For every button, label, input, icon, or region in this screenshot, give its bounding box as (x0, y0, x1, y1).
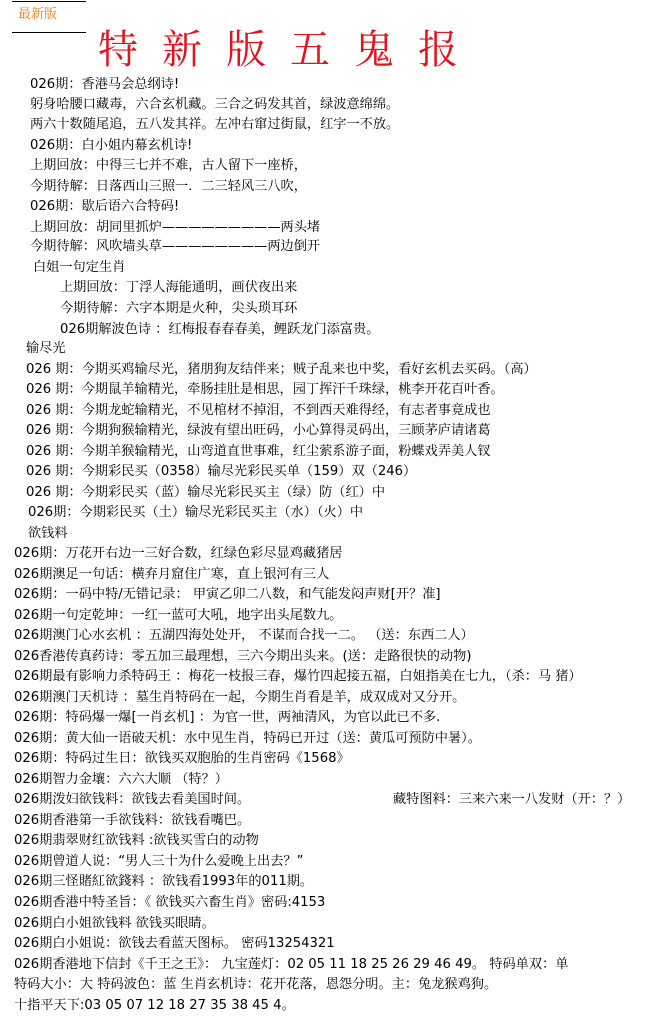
text-line: 输尽光 (26, 340, 66, 358)
text-line: 026期：歇后语六合特码! (30, 198, 179, 216)
text-line: 白姐一句定生肖 (33, 259, 125, 277)
text-line: 026期：特码爆一爆[一肖玄机] ：为官一世，两袖清风，为官以此已不多. (14, 709, 440, 727)
text-line: 026期香港地下信封《千王之王》： 九宝莲灯：02 05 11 18 25 26… (14, 956, 568, 974)
text-line: 026期曾道人说：“男人三十为什么爱晚上出去？” (14, 853, 303, 871)
text-line: 026期：黄大仙一语破天机：水中见生肖，特码已开过（送：黄瓜可预防中暑）。 (14, 730, 481, 748)
text-line: 026 期：今期鼠羊输精光，牵肠挂肚是相思，园丁挥汗千珠绿，桃李开花百叶香。 (26, 381, 504, 399)
text-line: 026期：香港马会总纲诗! (30, 76, 179, 94)
text-line: 上期回放：中得三七并不难，古人留下一座桥， (30, 157, 307, 175)
text-line: 026期翡翠财红欲钱料 :欲钱买雪白的动物 (14, 832, 259, 850)
text-line: 上期回放：胡同里抓炉—————————两头堵 (30, 219, 320, 237)
text-line: 十指平天下:03 05 07 12 18 27 35 38 45 4。 (14, 997, 295, 1015)
text-line: 今期待解：日落西山三照一．二三轻风三八吹， (30, 178, 307, 196)
text-line: 026期最有影响力杀特码王 ：梅花一枝报三春，爆竹四起接五福，白姐指美在七九，（… (14, 668, 582, 686)
header-rule-bottom (12, 32, 86, 33)
text-line: 026期泼妇欲钱料：欲钱去看美国时间。 (14, 791, 250, 809)
text-line: 026期智力金壤：六六大顺 （特？） (14, 771, 228, 789)
text-line: 026期：万花开右边一三好合数，红绿色彩尽显鸡藏猪居 (14, 545, 342, 563)
text-line: 026 期：今期彩民买（蓝）输尽光彩民买主（绿）防（红）中 (26, 484, 385, 502)
page-title: 特新版五鬼报 (98, 24, 482, 76)
text-line: 026期：特码过生日：欲钱买双胞胎的生肖密码《1568》 (14, 750, 350, 768)
text-line: 026期澳足一句话：横弃月窟住广寒，直上银河有三人 (14, 566, 329, 584)
text-line: 026 期：今期买鸡输尽光，猪朋狗友结伴来；贼子乱来也中奖，看好玄机去买码。（高… (26, 361, 537, 379)
text-line: 026期澳门心水玄机 ：五湖四海处处开， 不谋而合找一二。 （送：东西二人） (14, 627, 474, 645)
text-line: 026期解波色诗 ：红梅报春春春美，鲤跃龙门添富贵。 (60, 321, 380, 339)
text-line: 026期：一码中特/无错记录： 甲寅乙卯二八数，和气能发闷声财[开？准] (14, 586, 441, 604)
text-line: 026期香港第一手欲钱料：欲钱看嘴巴。 (14, 812, 250, 830)
text-line: 特码大小：大 特码波色：蓝 生肖玄机诗：花开花落，恩怨分明。主：兔龙猴鸡狗。 (14, 976, 497, 994)
text-line: 两六十数随尾追，五八发其祥。左冲右窜过街鼠，红字一不放。 (30, 116, 399, 134)
text-line: 上期回放：丁浮人海能通明，画伏夜出来 (60, 279, 297, 297)
text-line: 026香港传真药诗：零五加三最理想，三六今期出头来。(送：走路很快的动物) (14, 648, 471, 666)
text-line: 026期：今期彩民买（土）输尽光彩民买主（水）（火）中 (28, 504, 363, 522)
text-line: 026期三怪賭紅欲錢料 ：欲钱看1993年的011期。 (14, 873, 313, 891)
text-line: 026期澳门天机诗 ：墓生肖特码在一起，今期生肖看是羊，成双成对又分开。 (14, 689, 465, 707)
text-line: 躬身哈腰口藏毒，六合玄机藏。三合之码发其首，绿波意绵绵。 (30, 96, 399, 114)
text-line: 026期一句定乾坤：一红一蓝可大吼，地字出头尾数九。 (14, 607, 342, 625)
text-line: 藏特图料：三来六来一八发财（开：？） (393, 791, 630, 809)
text-line: 026期香港中特圣旨：《 欲钱买六畜生肖》密码:4153 (14, 894, 325, 912)
text-line: 026期白小姐说：欲钱去看蓝天图标。 密码13254321 (14, 935, 335, 953)
text-line: 今期待解：风吹墙头草————————两边倒开 (30, 238, 320, 256)
text-line: 026 期：今期龙蛇输精光，不见棺材不掉泪，不到西天难得经，有志者事竟成也 (26, 402, 491, 420)
text-line: 026 期：今期狗猴输精光，绿波有望出旺码，小心算得灵码出，三顾茅庐请诸葛 (26, 422, 491, 440)
text-line: 026期：白小姐内幕玄机诗! (30, 137, 192, 155)
text-line: 今期待解：六字本期是火种，尖头琐耳环 (60, 300, 297, 318)
text-line: 026期白小姐欲钱料 欲钱买眼睛。 (14, 915, 215, 933)
text-line: 026 期：今期彩民买（0358）输尽光彩民买单（159）双（246） (26, 463, 416, 481)
version-badge: 最新版 (18, 3, 57, 22)
text-line: 026 期：今期羊猴输精光，山弯道直世事难，红尘萦系游子面，粉蝶戏弄美人钗 (26, 443, 491, 461)
text-line: 欲钱料 (28, 525, 68, 543)
header-rule-top (12, 1, 86, 2)
